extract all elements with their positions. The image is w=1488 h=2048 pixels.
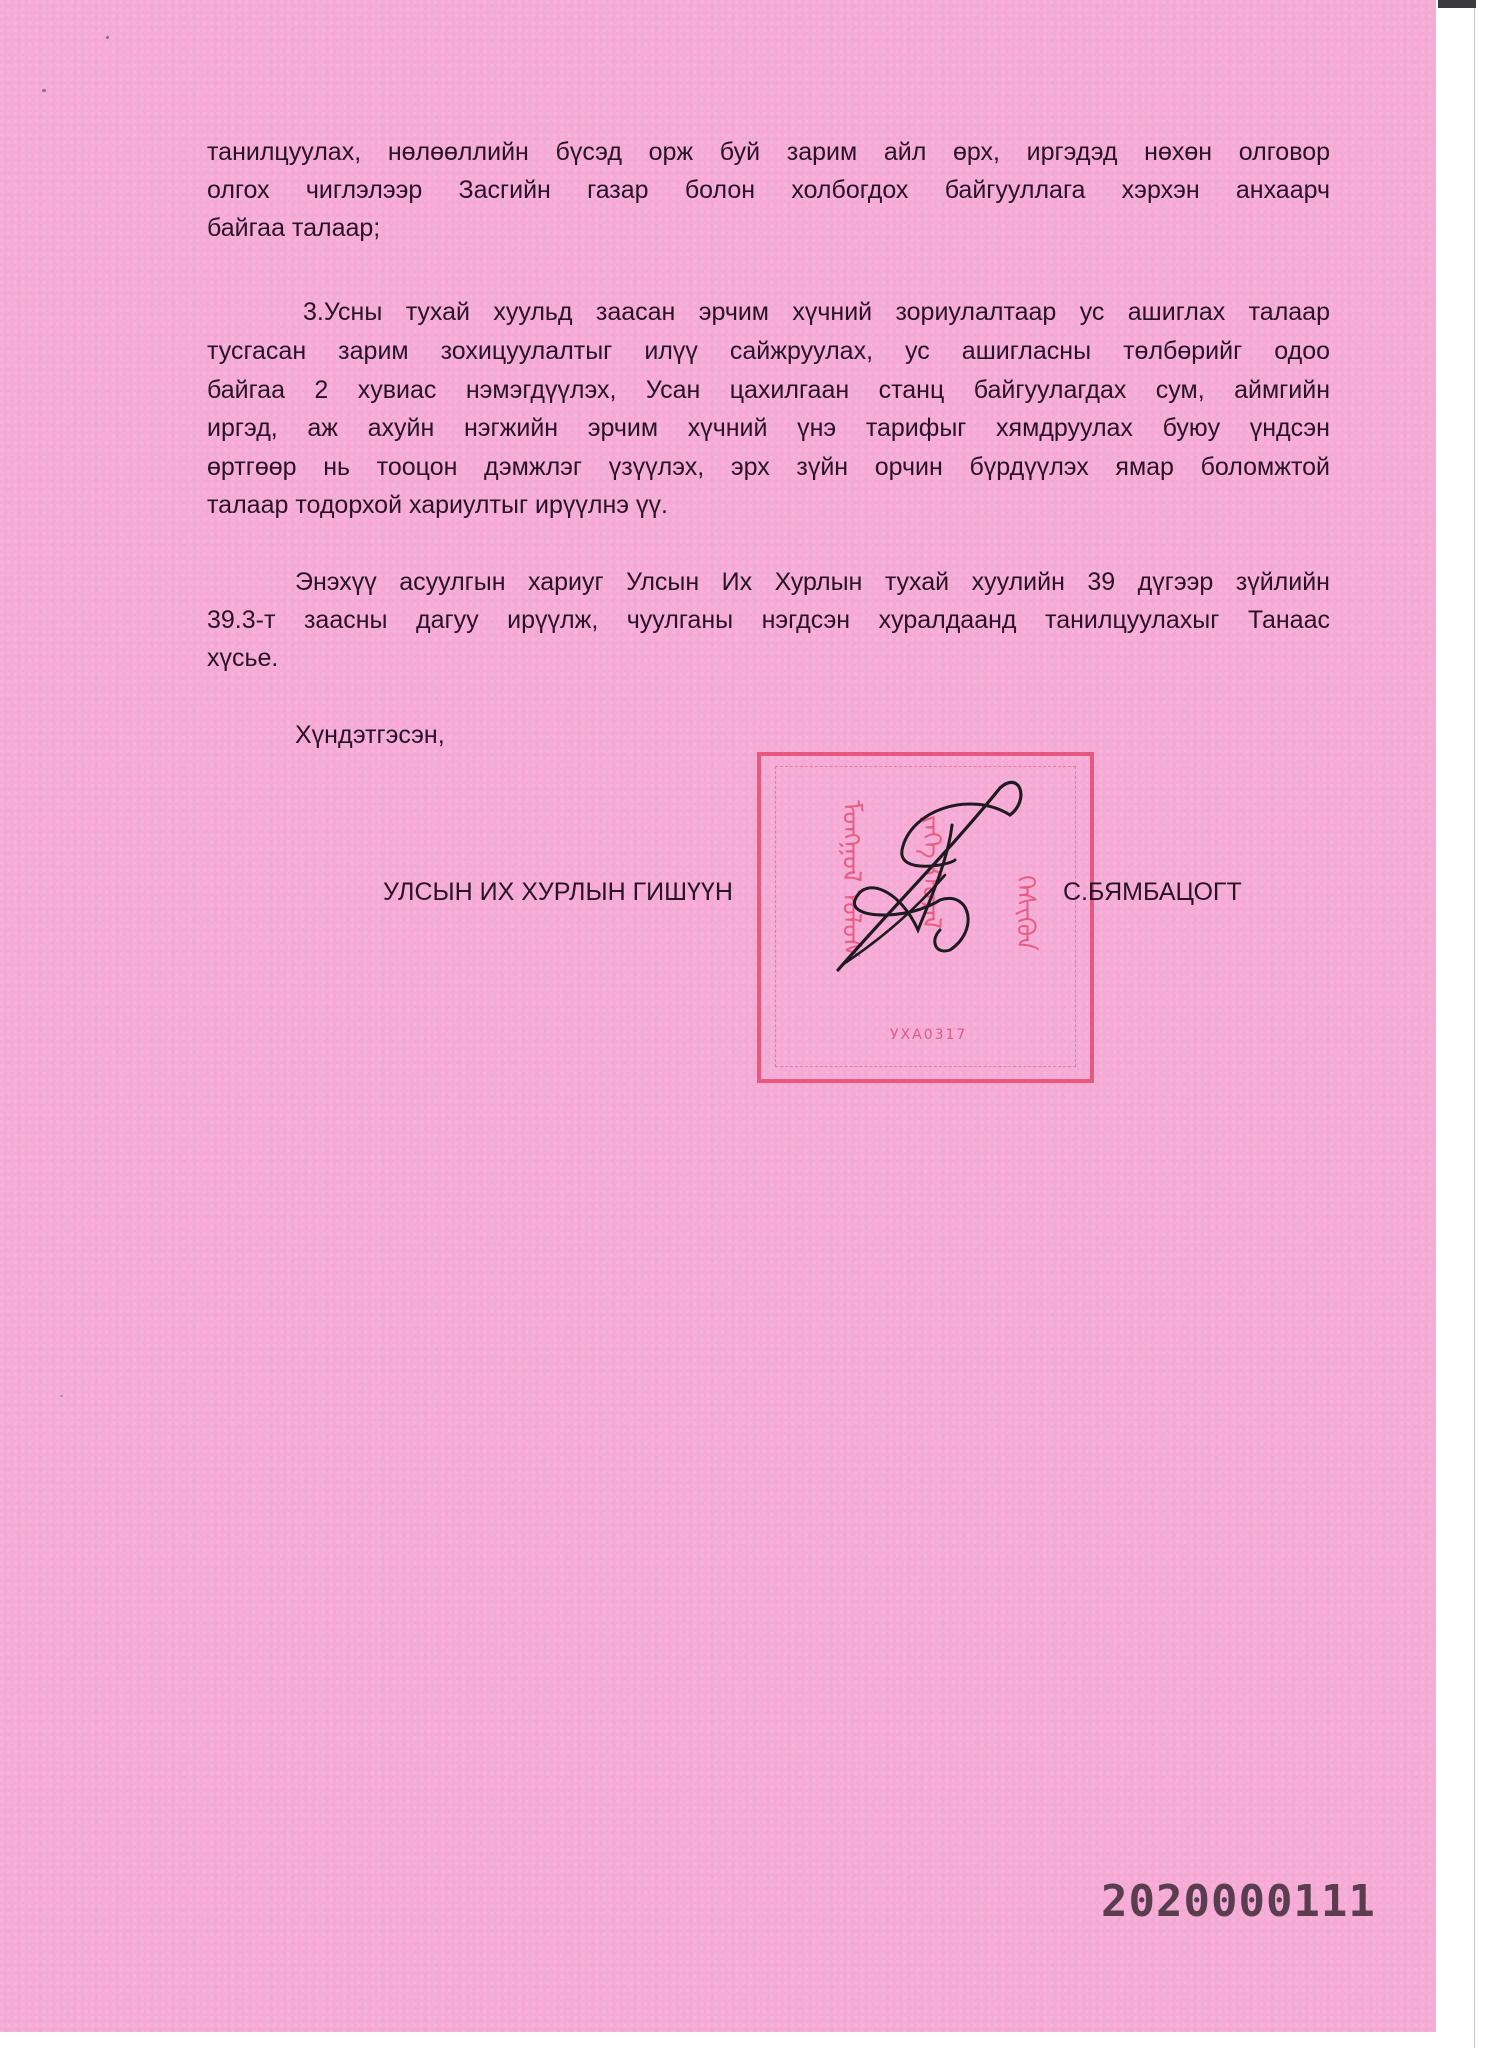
text-line: өртгөөр нь тооцон дэмжлэг үзүүлэх, эрх з… <box>207 452 1330 482</box>
text-line: байгаа 2 хувиас нэмэгдүүлэх, Усан цахилг… <box>207 375 1330 405</box>
document-page: танилцуулах, нөлөөллийн бүсэд орж буй за… <box>0 0 1436 2032</box>
text-line: талаар тодорхой хариултыг ирүүлнэ үү. <box>207 490 1330 520</box>
paper-speck <box>106 36 109 39</box>
text-line: танилцуулах, нөлөөллийн бүсэд орж буй за… <box>207 137 1330 167</box>
handwritten-signature <box>820 780 1030 990</box>
text-line: иргэд, аж ахуйн нэгжийн эрчим хүчний үнэ… <box>207 413 1330 443</box>
text-line: хүсье. <box>207 643 1330 673</box>
signatory-name: С.БЯМБАЦОГТ <box>1063 877 1242 907</box>
scanner-edge-line <box>1474 8 1475 2048</box>
paper-speck <box>42 89 46 92</box>
signatory-title: УЛСЫН ИХ ХУРЛЫН ГИШҮҮН <box>383 877 733 907</box>
text-line: Энэхүү асуулгын хариуг Улсын Их Хурлын т… <box>295 567 1330 597</box>
text-line: 39.3-т заасны дагуу ирүүлж, чуулганы нэг… <box>207 605 1330 635</box>
text-line: тусгасан зарим зохицуулалтыг илүү сайжру… <box>207 336 1330 366</box>
serial-number: 2020000111 <box>1101 1876 1376 1927</box>
paper-speck <box>60 1395 63 1397</box>
text-line: байгаа талаар; <box>207 213 1330 243</box>
text-line: 3.Усны тухай хуульд заасан эрчим хүчний … <box>303 297 1330 327</box>
scanner-edge-bar <box>1438 0 1476 8</box>
text-line: олгох чиглэлээр Засгийн газар болон холб… <box>207 175 1330 205</box>
stamp-code: УХА0317 <box>890 1027 967 1043</box>
salutation: Хүндэтгэсэн, <box>295 720 445 750</box>
